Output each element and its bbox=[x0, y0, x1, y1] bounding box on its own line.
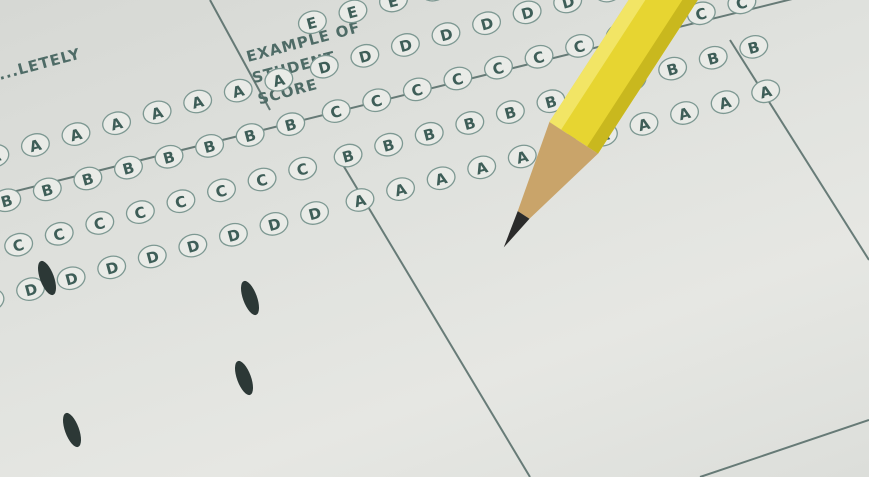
pencil bbox=[440, 0, 720, 290]
filled-mark bbox=[231, 359, 256, 398]
header-left-text: ...LETELY bbox=[0, 45, 83, 84]
filled-mark bbox=[237, 279, 262, 318]
filled-mark bbox=[59, 411, 84, 450]
answer-bubble[interactable] bbox=[0, 286, 6, 314]
pencil-body bbox=[549, 0, 712, 154]
answer-bubble[interactable] bbox=[0, 142, 11, 170]
pencil-graphite bbox=[497, 211, 529, 250]
divider-line bbox=[700, 420, 869, 477]
photo-scene: EXAMPLE OF STUDENT SCORE ...LETELY DDDDD… bbox=[0, 0, 869, 477]
answer-sheet: EXAMPLE OF STUDENT SCORE ...LETELY DDDDD… bbox=[0, 0, 869, 477]
divider-line bbox=[730, 40, 869, 260]
